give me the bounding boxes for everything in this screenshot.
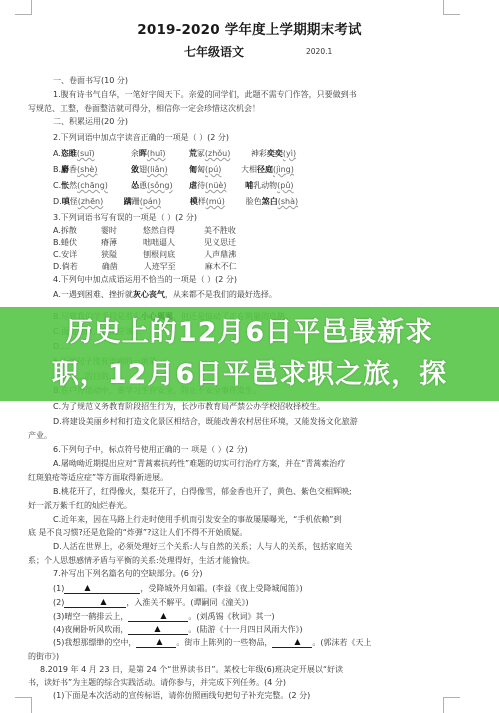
q2-option-b: B.麝香(shè)敛翅(liǎn)匍匐(pú)大相径庭(jìng) bbox=[53, 165, 294, 175]
q6-option-c-line1: C.近年来，因在马路上行走时使用手机而引发安全的事故屡屡曝光，“手机依赖”到 bbox=[53, 515, 341, 525]
q3-option-b: B.蜷伏瘠薄咄咄逼人见义思迁 bbox=[53, 238, 236, 248]
blank-marker-icon: ▲ bbox=[160, 612, 166, 620]
q6-option-a-line2: 红斑狼疮等适应症”等方面取得新进展。 bbox=[28, 473, 168, 483]
headline-line-2: 职，12月6日平邑求职之旅，探 bbox=[0, 354, 499, 396]
blank-marker-icon: ▲ bbox=[154, 625, 160, 633]
q6-option-a-line1: A.屠呦呦近期提出应对“青蒿素抗药性”难题的切实可行治疗方案，并在“青蒿素治疗 bbox=[53, 459, 345, 469]
q8-line2: 书，读好书”为主题的综合实践活动。请你参与，并完成下列任务。(4 分) bbox=[28, 678, 286, 688]
blank-marker-icon: ▲ bbox=[100, 598, 106, 606]
q5-option-d-line1: D.将建设美丽乡村和打造文化景区相结合，既能改善农村居住环境，又能发扬文化旅游 bbox=[53, 417, 358, 427]
answer-blank[interactable]: ▲ bbox=[136, 638, 176, 648]
q5-option-c: C.为了规范义务教育阶段招生行为，长沙市教育局严禁公办学校招收择校生。 bbox=[53, 402, 325, 412]
q7-item-5: (5)我想那缥缈的空中，▲。街市上陈列的一些物品，▲。(郭沫若《天上 bbox=[53, 638, 371, 648]
q7-stem: 7.补写出下列名篇名句的空缺部分。(6 分) bbox=[53, 569, 203, 579]
section-heading-2: 二、积累运用(20 分) bbox=[53, 117, 128, 127]
q6-stem: 6.下列句子中，标点符号使用正确的一 项是（ ）(2 分) bbox=[53, 445, 248, 455]
q6-option-d-line2: 系；个人思想感情矛盾与平衡的关系:处理得好，生活才能愉快。 bbox=[28, 556, 255, 566]
q3-stem: 3.下列词语书写有误的一项是（ ）(2 分) bbox=[53, 213, 197, 223]
exam-subject: 七年级语文 bbox=[184, 43, 244, 60]
q1-line2: 写规范、工整，卷面整洁就可得分，相信你一定会珍惜这次机会！ bbox=[28, 104, 260, 114]
page-corner-top-right bbox=[443, 0, 460, 15]
q6-option-d-line1: D.人活在世界上，必须处理好三个关系:人与自然的关系；人与人的关系，包括家庭关 bbox=[53, 542, 352, 552]
q5-option-d-line2: 产业。 bbox=[28, 431, 52, 441]
q2-option-a: A.恣睢(suī)余晖(huī)荒冢(zhǒu)神彩奕奕(yì) bbox=[53, 149, 296, 159]
q7-item-1: (1)▲，受降城外月如霜。(李益《夜上受降城闻笛》) bbox=[53, 584, 303, 594]
q2-option-d: D.嗔怪(zhēn)蹒跚(pán)模样(mú)脸色煞白(shà) bbox=[53, 197, 298, 207]
q8-sub1: (1)下面是本次活动的宣传标语，请你仿照画线句把句子补充完整。(2 分) bbox=[53, 691, 310, 701]
q7-item-5-cont: 的街市》) bbox=[28, 652, 59, 662]
exam-date: 2020.1 bbox=[306, 47, 332, 56]
q1-line1: 1.腹有诗书气自华，一笔好字阅天下。亲爱的同学们，此题不需专门作答，只要做到书 bbox=[53, 90, 357, 100]
answer-blank[interactable]: ▲ bbox=[128, 612, 188, 622]
section-heading-1: 一、卷面书写(10 分) bbox=[53, 76, 128, 86]
headline-banner-text: 历史上的12月6日平邑最新求 职，12月6日平邑求职之旅，探 bbox=[0, 307, 499, 401]
blank-marker-icon: ▲ bbox=[294, 638, 300, 646]
blank-marker-icon: ▲ bbox=[156, 638, 162, 646]
q4-stem: 4.下列句中加点成语运用不恰当的一项是（ ）(2 分) bbox=[53, 275, 237, 285]
q2-option-c: C.怅然(chāng)怂恿(sǒng)虐待(nüè)哺乳动物(pǔ) bbox=[53, 181, 294, 191]
answer-blank[interactable]: ▲ bbox=[128, 625, 188, 635]
q6-option-b-line2: 好一派万紫千红的灿烂春光。 bbox=[28, 501, 132, 511]
q7-item-3: (3)晴空一鹤排云上，▲。(刘禹锡《秋词》其一) bbox=[53, 612, 275, 622]
page-corner-bottom-right bbox=[443, 697, 460, 713]
page-corner-top-left bbox=[15, 0, 32, 15]
answer-blank[interactable]: ▲ bbox=[64, 598, 126, 608]
q7-item-4: (4)夜阑卧听风吹雨，▲。(陆游《十一月四日风雨大作》) bbox=[53, 625, 303, 635]
q8-line1: 8.2019 年 4 月 23 日，是第 24 个“世界读书日”。某校七年级(6… bbox=[40, 665, 343, 675]
blank-marker-icon: ▲ bbox=[84, 584, 90, 592]
headline-line-1: 历史上的12月6日平邑最新求 bbox=[0, 312, 499, 354]
exam-title: 2019-2020 学年度上学期期末考试 bbox=[0, 18, 499, 38]
q3-option-c: C.安详狭隘刨根问底人声鼎沸 bbox=[53, 250, 236, 260]
page-corner-bottom-left bbox=[15, 697, 32, 713]
q7-item-2: (2)▲，入淮关不解平。(谭嗣同《潼关》) bbox=[53, 598, 249, 608]
answer-blank[interactable]: ▲ bbox=[272, 638, 312, 648]
q6-option-c-line2: 底 是不良习惯?还是危险的“炸弹”?这让人们不得不开始质疑。 bbox=[28, 528, 247, 538]
answer-blank[interactable]: ▲ bbox=[64, 584, 140, 594]
q2-stem: 2.下列词语中加点字读音正确的一项是（ ）(2 分) bbox=[53, 133, 229, 143]
q3-option-a: A.拆散霎时悠然自得美不胜收 bbox=[53, 226, 236, 236]
q3-option-d: D.倘若确凿人迹罕至麻木不仁 bbox=[53, 262, 237, 272]
q4-option-a: A.一遇到困难、挫折就灰心丧气，从来都不是我们的最好选择。 bbox=[53, 290, 277, 300]
q6-option-b-line1: B.桃花开了，红得像火，梨花开了，白得像雪，郁金香也开了，黄色、紫色交相辉映; bbox=[53, 487, 352, 497]
